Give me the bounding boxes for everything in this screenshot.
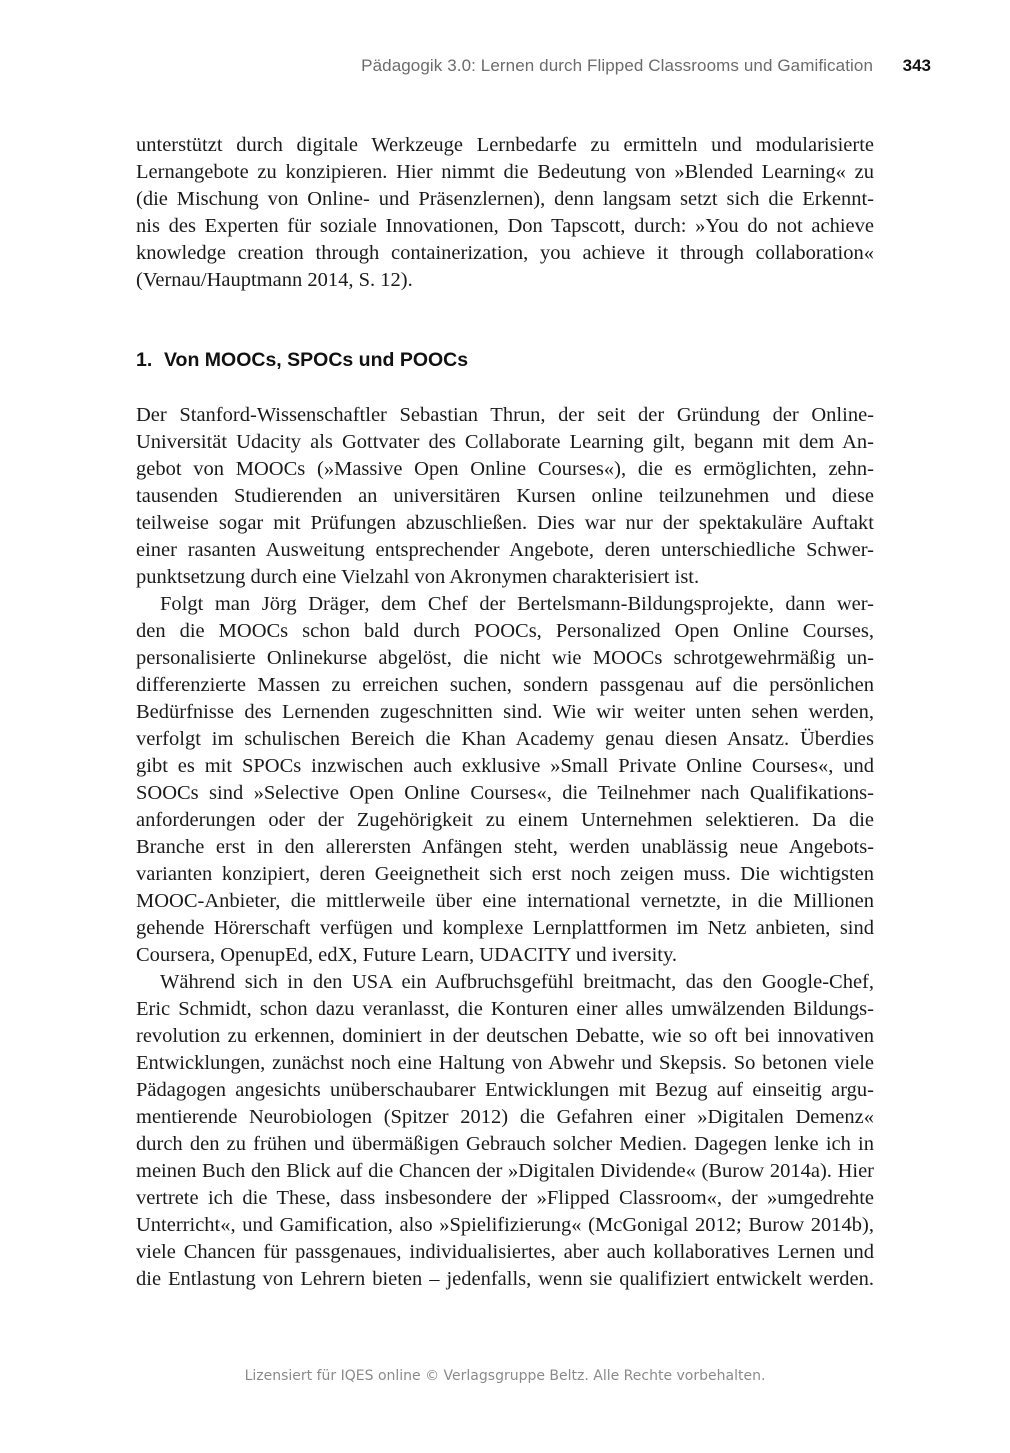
text-line: differenzierte Massen zu erreichen suche… xyxy=(136,672,874,699)
text-line: vertrete ich die These, dass insbesonder… xyxy=(136,1185,874,1212)
text-line: (die Mischung von Online- und Präsenzler… xyxy=(136,186,874,213)
text-line: gebot von MOOCs (»Massive Open Online Co… xyxy=(136,456,874,483)
text-line: Lernangebote zu konzipieren. Hier nimmt … xyxy=(136,159,874,186)
text-line: nis des Experten für soziale Innovatione… xyxy=(136,213,874,240)
text-line: Universität Udacity als Gottvater des Co… xyxy=(136,429,874,456)
text-line: durch den zu frühen und übermäßigen Gebr… xyxy=(136,1131,874,1158)
section-title: Von MOOCs, SPOCs und POOCs xyxy=(164,349,468,371)
text-line: einer rasanten Ausweitung entsprechender… xyxy=(136,537,874,564)
text-line: teilweise sogar mit Prüfungen abzuschlie… xyxy=(136,510,874,537)
text-line: die Entlastung von Lehrern bieten – jede… xyxy=(136,1266,874,1293)
section-body: Der Stanford-Wissenschaftler Sebastian T… xyxy=(136,402,874,1293)
paragraph-1: Der Stanford-Wissenschaftler Sebastian T… xyxy=(136,402,874,591)
text-line: gehende Hörerschaft verfügen und komplex… xyxy=(136,915,874,942)
intro-paragraph: unterstützt durch digitale Werkzeuge Ler… xyxy=(136,132,874,294)
text-line: Folgt man Jörg Dräger, dem Chef der Bert… xyxy=(136,591,874,618)
text-line: MOOC-Anbieter, die mittlerweile über ein… xyxy=(136,888,874,915)
text-line: viele Chancen für passgenaues, individua… xyxy=(136,1239,874,1266)
text-line: Entwicklungen, zunächst noch eine Haltun… xyxy=(136,1050,874,1077)
section-number: 1. xyxy=(136,349,164,372)
page-number: 343 xyxy=(903,56,931,76)
running-header: Pädagogik 3.0: Lernen durch Flipped Clas… xyxy=(136,56,931,80)
text-line: Bedürfnisse des Lernenden zugeschnitten … xyxy=(136,699,874,726)
text-line: Während sich in den USA ein Aufbruchsgef… xyxy=(136,969,874,996)
paragraph-3: Während sich in den USA ein Aufbruchsgef… xyxy=(136,969,874,1293)
text-line: Der Stanford-Wissenschaftler Sebastian T… xyxy=(136,402,874,429)
text-line: (Vernau/Hauptmann 2014, S. 12). xyxy=(136,267,874,294)
text-line: personalisierte Onlinekurse abgelöst, di… xyxy=(136,645,874,672)
paragraph-2: Folgt man Jörg Dräger, dem Chef der Bert… xyxy=(136,591,874,969)
text-line: verfolgt im schulischen Bereich die Khan… xyxy=(136,726,874,753)
text-line: Pädagogen angesichts unüberschaubarer En… xyxy=(136,1077,874,1104)
text-line: unterstützt durch digitale Werkzeuge Ler… xyxy=(136,132,874,159)
text-line: knowledge creation through containerizat… xyxy=(136,240,874,267)
text-line: Coursera, OpenupEd, edX, Future Learn, U… xyxy=(136,942,874,969)
text-line: Branche erst in den allerersten Anfängen… xyxy=(136,834,874,861)
text-line: tausenden Studierenden an universitären … xyxy=(136,483,874,510)
text-line: anforderungen oder der Zugehörigkeit zu … xyxy=(136,807,874,834)
running-title: Pädagogik 3.0: Lernen durch Flipped Clas… xyxy=(361,56,873,76)
license-footer: Lizensiert für IQES online © Verlagsgrup… xyxy=(0,1368,1010,1384)
text-line: Unterricht«, und Gamification, also »Spi… xyxy=(136,1212,874,1239)
text-line: revolution zu erkennen, dominiert in der… xyxy=(136,1023,874,1050)
text-line: mentierende Neurobiologen (Spitzer 2012)… xyxy=(136,1104,874,1131)
text-line: Eric Schmidt, schon dazu veranlasst, die… xyxy=(136,996,874,1023)
text-line: den die MOOCs schon bald durch POOCs, Pe… xyxy=(136,618,874,645)
text-line: meinen Buch den Blick auf die Chancen de… xyxy=(136,1158,874,1185)
text-line: varianten konzipiert, deren Geeignetheit… xyxy=(136,861,874,888)
text-line: punktsetzung durch eine Vielzahl von Akr… xyxy=(136,564,874,591)
section-heading: 1.Von MOOCs, SPOCs und POOCs xyxy=(136,349,468,372)
text-line: SOOCs sind »Selective Open Online Course… xyxy=(136,780,874,807)
text-line: gibt es mit SPOCs inzwischen auch exklus… xyxy=(136,753,874,780)
